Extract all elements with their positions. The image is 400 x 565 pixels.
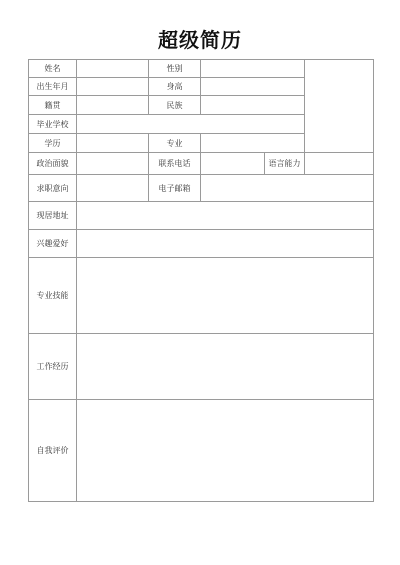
major-field[interactable]	[200, 133, 305, 153]
self-eval-field[interactable]	[76, 399, 374, 502]
phone-field[interactable]	[200, 152, 265, 175]
label-hobbies: 兴趣爱好	[28, 229, 77, 258]
job-intent-field[interactable]	[76, 174, 149, 202]
height-field[interactable]	[200, 77, 305, 96]
label-experience: 工作经历	[28, 333, 77, 400]
ethnicity-field[interactable]	[200, 95, 305, 115]
label-language: 语言能力	[264, 152, 305, 175]
label-ethnicity: 民族	[148, 95, 201, 115]
label-address: 现居地址	[28, 201, 77, 230]
email-field[interactable]	[200, 174, 374, 202]
label-birth: 出生年月	[28, 77, 77, 96]
label-school: 毕业学校	[28, 114, 77, 134]
label-job-intent: 求职意向	[28, 174, 77, 202]
label-self-eval: 自我评价	[28, 399, 77, 502]
label-email: 电子邮箱	[148, 174, 201, 202]
native-place-field[interactable]	[76, 95, 149, 115]
gender-field[interactable]	[200, 59, 305, 78]
education-field[interactable]	[76, 133, 149, 153]
label-political: 政治面貌	[28, 152, 77, 175]
label-phone: 联系电话	[148, 152, 201, 175]
label-skills: 专业技能	[28, 257, 77, 334]
label-major: 专业	[148, 133, 201, 153]
photo-box[interactable]	[304, 59, 374, 153]
label-education: 学历	[28, 133, 77, 153]
address-field[interactable]	[76, 201, 374, 230]
skills-field[interactable]	[76, 257, 374, 334]
language-field[interactable]	[304, 152, 374, 175]
political-field[interactable]	[76, 152, 149, 175]
label-name: 姓名	[28, 59, 77, 78]
hobbies-field[interactable]	[76, 229, 374, 258]
birth-field[interactable]	[76, 77, 149, 96]
page-title: 超级简历	[0, 24, 400, 53]
label-gender: 性别	[148, 59, 201, 78]
label-height: 身高	[148, 77, 201, 96]
school-field[interactable]	[76, 114, 305, 134]
label-native-place: 籍贯	[28, 95, 77, 115]
experience-field[interactable]	[76, 333, 374, 400]
name-field[interactable]	[76, 59, 149, 78]
